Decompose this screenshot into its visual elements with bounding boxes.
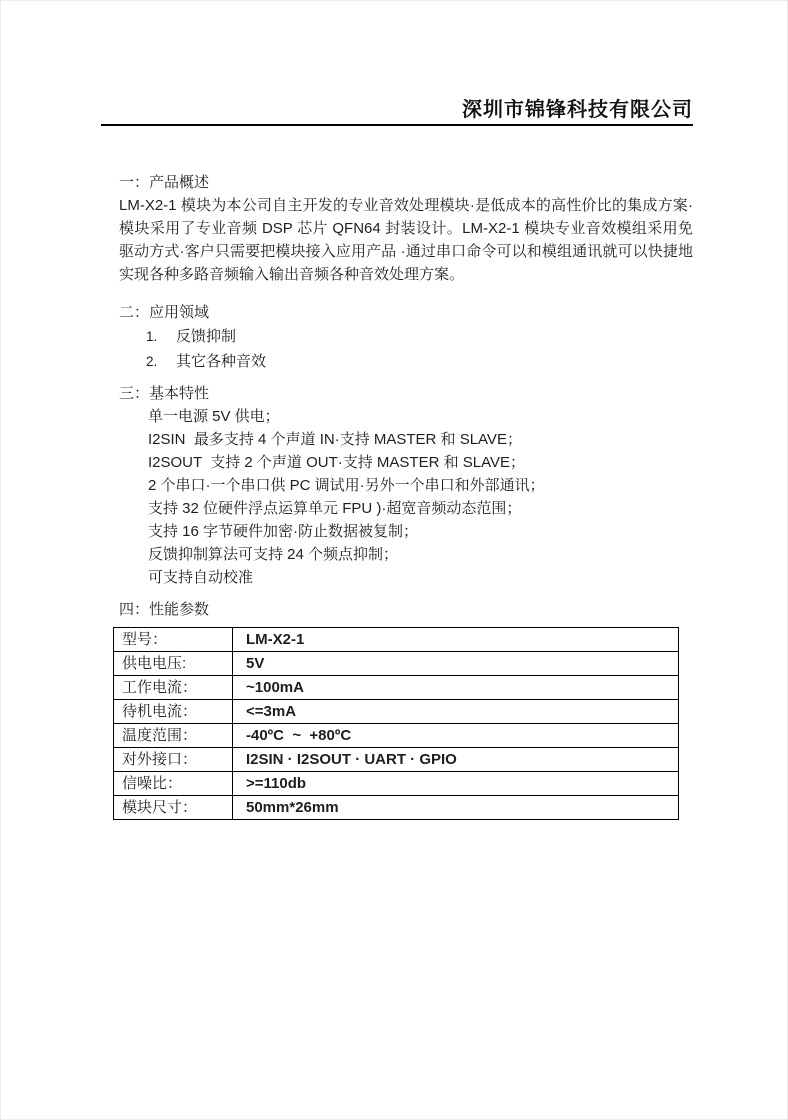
spec-row: 模块尺寸： 50mm*26mm <box>114 796 679 820</box>
spec-row: 供电电压: 5V <box>114 652 679 676</box>
section-1-title: 一：产品概述 <box>119 171 693 194</box>
spacer <box>119 589 693 598</box>
feature-line: 可支持自动校准 <box>148 566 693 589</box>
feature-list: 单一电源 5V 供电； I2SIN 最多支持 4 个声道 IN·支持 MASTE… <box>119 405 693 589</box>
company-name: 深圳市锦锋科技有限公司 <box>462 96 693 124</box>
feature-line: I2SOUT 支持 2 个声道 OUT·支持 MASTER 和 SLAVE； <box>148 451 693 474</box>
spec-label: 模块尺寸： <box>114 796 233 820</box>
spec-value: 50mm*26mm <box>233 796 679 820</box>
list-item-number: 1. <box>146 324 176 349</box>
spec-value: LM-X2-1 <box>233 628 679 652</box>
spec-row: 待机电流： <=3mA <box>114 700 679 724</box>
list-item: 1.反馈抑制 <box>146 324 693 349</box>
feature-line: 单一电源 5V 供电； <box>148 405 693 428</box>
feature-line: 支持 16 字节硬件加密·防止数据被复制； <box>148 520 693 543</box>
spec-label: 工作电流： <box>114 676 233 700</box>
list-item-number: 2. <box>146 349 176 374</box>
spec-label: 型号： <box>114 628 233 652</box>
spec-value: >=110db <box>233 772 679 796</box>
feature-line: I2SIN 最多支持 4 个声道 IN·支持 MASTER 和 SLAVE； <box>148 428 693 451</box>
spec-row: 温度范围： -40ºC ~ +80ºC <box>114 724 679 748</box>
spec-row: 工作电流： ~100mA <box>114 676 679 700</box>
spec-row: 型号： LM-X2-1 <box>114 628 679 652</box>
spec-value: 5V <box>233 652 679 676</box>
spec-value: <=3mA <box>233 700 679 724</box>
spec-value: ~100mA <box>233 676 679 700</box>
feature-line: 2 个串口·一个串口供 PC 调试用·另外一个串口和外部通讯； <box>148 474 693 497</box>
spacer <box>119 374 693 382</box>
spec-label: 对外接口： <box>114 748 233 772</box>
spec-label: 信噪比： <box>114 772 233 796</box>
section-1-paragraph: LM-X2-1 模块为本公司自主开发的专业音效处理模块·是低成本的高性价比的集成… <box>119 194 693 286</box>
spacer <box>119 286 693 301</box>
document-page: 深圳市锦锋科技有限公司 一：产品概述 LM-X2-1 模块为本公司自主开发的专业… <box>0 0 788 1120</box>
spec-row: 对外接口： I2SIN · I2SOUT · UART · GPIO <box>114 748 679 772</box>
section-3-title: 三：基本特性 <box>119 382 693 405</box>
list-item-text: 其它各种音效 <box>176 353 266 370</box>
feature-line: 支持 32 位硬件浮点运算单元 FPU )·超宽音频动态范围； <box>148 497 693 520</box>
spec-label: 待机电流： <box>114 700 233 724</box>
spec-value: I2SIN · I2SOUT · UART · GPIO <box>233 748 679 772</box>
feature-line: 反馈抑制算法可支持 24 个频点抑制； <box>148 543 693 566</box>
spec-label: 供电电压: <box>114 652 233 676</box>
list-item: 2.其它各种音效 <box>146 349 693 374</box>
application-list: 1.反馈抑制 2.其它各种音效 <box>119 324 693 374</box>
spec-label: 温度范围： <box>114 724 233 748</box>
spec-row: 信噪比： >=110db <box>114 772 679 796</box>
letterhead: 深圳市锦锋科技有限公司 <box>101 1 693 126</box>
section-2-title: 二：应用领域 <box>119 301 693 324</box>
spec-value: -40ºC ~ +80ºC <box>233 724 679 748</box>
spec-table: 型号： LM-X2-1 供电电压: 5V 工作电流： ~100mA 待机电流： … <box>113 627 679 820</box>
section-4-title: 四：性能参数 <box>119 598 693 621</box>
document-body: 一：产品概述 LM-X2-1 模块为本公司自主开发的专业音效处理模块·是低成本的… <box>119 171 693 820</box>
list-item-text: 反馈抑制 <box>176 328 236 345</box>
